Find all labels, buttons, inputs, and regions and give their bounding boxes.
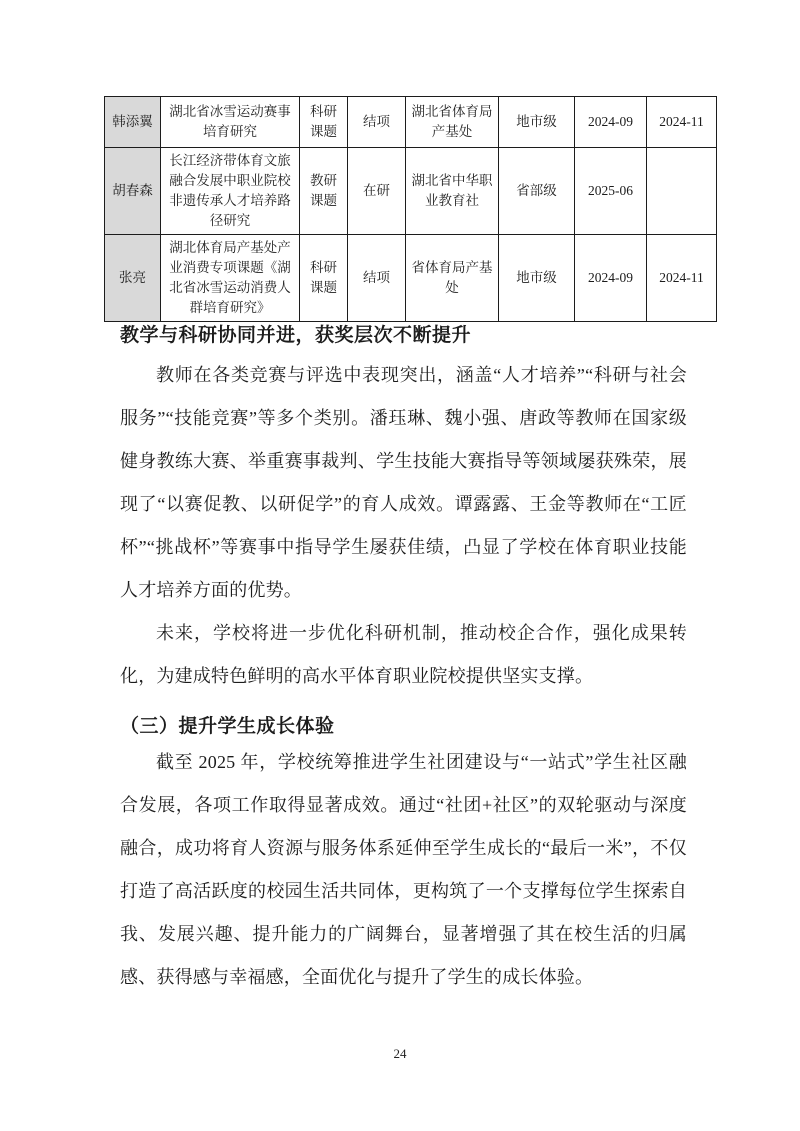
- cell-project-status: 结项: [348, 235, 406, 322]
- table-row: 胡春森 长江经济带体育文旅融合发展中职业院校非遗传承人才培养路径研究 教研课题 …: [105, 148, 717, 235]
- cell-project-type: 教研课题: [300, 148, 348, 235]
- cell-project-status: 结项: [348, 97, 406, 148]
- cell-approving-org: 湖北省体育局产基处: [406, 97, 499, 148]
- cell-date-start: 2024-09: [575, 97, 647, 148]
- cell-date-end: [647, 148, 717, 235]
- cell-date-start: 2025-06: [575, 148, 647, 235]
- cell-date-start: 2024-09: [575, 235, 647, 322]
- cell-project-title: 湖北省冰雪运动赛事培育研究: [161, 97, 300, 148]
- cell-researcher-name: 胡春森: [105, 148, 161, 235]
- cell-project-title: 湖北体育局产基处产业消费专项课题《湖北省冰雪运动消费人群培育研究》: [161, 235, 300, 322]
- cell-researcher-name: 韩添翼: [105, 97, 161, 148]
- cell-approving-org: 湖北省中华职业教育社: [406, 148, 499, 235]
- cell-project-status: 在研: [348, 148, 406, 235]
- research-projects-table: 韩添翼 湖北省冰雪运动赛事培育研究 科研课题 结项 湖北省体育局产基处 地市级 …: [104, 96, 717, 322]
- paragraph-student-growth: 截至 2025 年，学校统筹推进学生社团建设与“一站式”学生社区融合发展，各项工…: [120, 741, 687, 999]
- cell-project-type: 科研课题: [300, 235, 348, 322]
- page-number: 24: [0, 1046, 800, 1062]
- cell-researcher-name: 张亮: [105, 235, 161, 322]
- cell-project-type: 科研课题: [300, 97, 348, 148]
- paragraph-competition-awards: 教师在各类竞赛与评选中表现突出，涵盖“人才培养”“科研与社会服务”“技能竞赛”等…: [120, 354, 687, 612]
- cell-project-level: 地市级: [499, 235, 575, 322]
- document-body: 教学与科研协同并进，获奖层次不断提升 教师在各类竞赛与评选中表现突出，涵盖“人才…: [120, 322, 687, 999]
- cell-project-title: 长江经济带体育文旅融合发展中职业院校非遗传承人才培养路径研究: [161, 148, 300, 235]
- cell-approving-org: 省体育局产基处: [406, 235, 499, 322]
- table-row: 张亮 湖北体育局产基处产业消费专项课题《湖北省冰雪运动消费人群培育研究》 科研课…: [105, 235, 717, 322]
- table-row: 韩添翼 湖北省冰雪运动赛事培育研究 科研课题 结项 湖北省体育局产基处 地市级 …: [105, 97, 717, 148]
- cell-date-end: 2024-11: [647, 235, 717, 322]
- section-heading-teaching-research: 教学与科研协同并进，获奖层次不断提升: [120, 322, 687, 350]
- document-page: 韩添翼 湖北省冰雪运动赛事培育研究 科研课题 结项 湖北省体育局产基处 地市级 …: [0, 0, 800, 1131]
- cell-project-level: 地市级: [499, 97, 575, 148]
- cell-project-level: 省部级: [499, 148, 575, 235]
- section-heading-student-growth: （三）提升学生成长体验: [120, 713, 687, 741]
- cell-date-end: 2024-11: [647, 97, 717, 148]
- paragraph-future-outlook: 未来，学校将进一步优化科研机制，推动校企合作，强化成果转化，为建成特色鲜明的高水…: [120, 612, 687, 698]
